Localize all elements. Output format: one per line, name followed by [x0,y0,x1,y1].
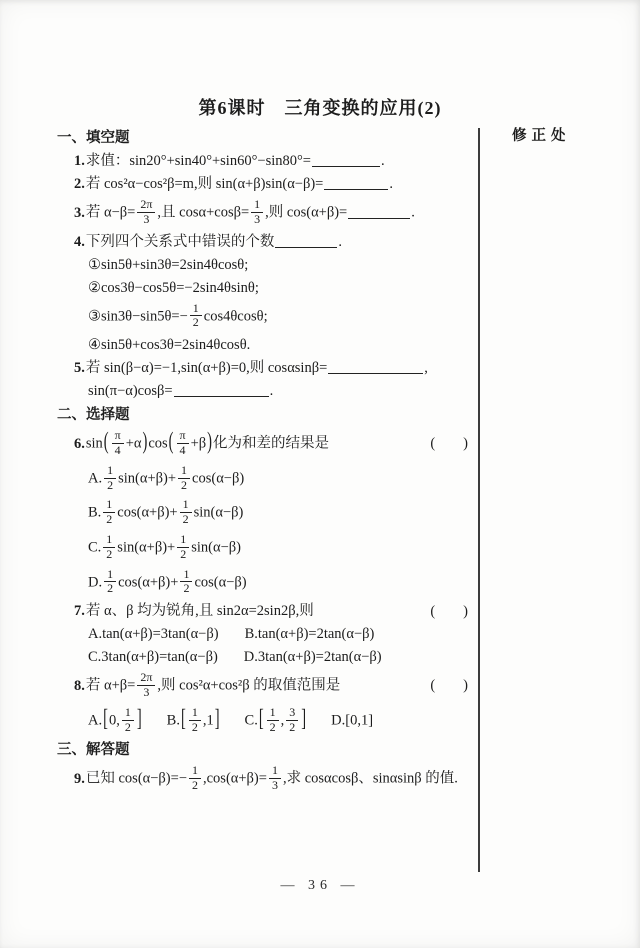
section-heading: 一、填空题 [57,126,470,150]
fraction-denominator: 2 [122,721,134,735]
fraction-numerator: 1 [267,706,279,721]
fraction-denominator: 2 [178,479,190,493]
stretch-bracket: ( [104,420,109,466]
fraction: 12 [104,464,116,493]
fraction-numerator: 1 [180,568,192,583]
answer-paren: () [430,673,468,700]
question-number: 7. [74,603,85,619]
fraction: 12 [103,533,115,562]
stretch-bracket: ( [169,420,174,466]
fraction-numerator: 1 [189,706,201,721]
question: 5.若 sin(β−α)=−1,sin(α+β)=0,则 cosαsinβ=,s… [74,357,470,403]
question-line: 6.sin(π4+α)cos(π4+β)化为和差的结果是() [74,427,470,462]
fraction-denominator: 2 [189,779,201,793]
fraction-denominator: 2 [180,582,192,596]
fraction-numerator: 3 [286,706,298,721]
stretch-bracket: ) [207,420,212,466]
fraction: 13 [269,764,281,793]
fraction-denominator: 3 [137,213,155,227]
question: 6.sin(π4+α)cos(π4+β)化为和差的结果是()A.12sin(α+… [74,427,470,600]
question-line: 5.若 sin(β−α)=−1,sin(α+β)=0,则 cosαsinβ=, [74,357,470,380]
stretch-bracket: [ [181,696,186,742]
fraction-numerator: 1 [251,198,263,213]
question: 9.已知 cos(α−β)=−12,cos(α+β)=13,求 cosαcosβ… [74,762,470,797]
fraction: 12 [190,302,202,331]
answer-blank [324,175,388,190]
fraction-denominator: 2 [103,548,115,562]
answer-paren: () [430,600,468,623]
fraction-denominator: 3 [251,213,263,227]
question: 7.若 α、β 均为锐角,且 sin2α=2sin2β,则()A.tan(α+β… [74,600,470,669]
choice-option-line: C.12sin(α+β)+12sin(α−β) [88,531,470,566]
question-line: 9.已知 cos(α−β)=−12,cos(α+β)=13,求 cosαcosβ… [74,762,470,797]
fraction-numerator: 1 [104,568,116,583]
answer-paren-open: ( [430,436,435,452]
question-line: ①sin5θ+sin3θ=2sin4θcosθ; [88,254,470,277]
fraction-denominator: 2 [180,513,192,527]
fraction-numerator: 1 [122,706,134,721]
fraction: 12 [122,706,134,735]
answer-blank [275,233,337,248]
fraction-denominator: 2 [286,721,298,735]
question-line: 2.若 cos²α−cos²β=m,则 sin(α+β)sin(α−β)=. [74,173,470,196]
choice-option-line: A.tan(α+β)=3tan(α−β)B.tan(α+β)=2tan(α−β) [88,623,470,646]
fraction-numerator: 1 [189,764,201,779]
choice-option-line: A.12sin(α+β)+12cos(α−β) [88,462,470,497]
fraction-numerator: π [177,429,189,444]
question: 1.求值：sin20°+sin40°+sin60°−sin80°=. [74,150,470,173]
question-number: 3. [74,205,85,221]
worksheet-page: 第6课时 三角变换的应用(2) 修正处 一、填空题1.求值：sin20°+sin… [0,0,640,948]
stretch-bracket: [ [103,696,108,742]
fraction: 2π3 [137,198,155,227]
answer-paren-open: ( [430,603,435,619]
question: 4.下列四个关系式中错误的个数.①sin5θ+sin3θ=2sin4θcosθ;… [74,231,470,358]
fraction: 12 [267,706,279,735]
margin-divider-line [478,128,480,872]
fraction: π4 [112,429,124,458]
question-line: ②cos3θ−cos5θ=−2sin4θsinθ; [88,277,470,300]
question-line: ④sin5θ+cos3θ=2sin4θcosθ. [88,334,470,357]
fraction-denominator: 2 [177,548,189,562]
fraction-denominator: 3 [269,779,281,793]
fraction: 2π3 [137,671,155,700]
fraction-numerator: 1 [103,498,115,513]
stretch-bracket: ] [215,696,220,742]
question: 3.若 α−β=2π3,且 cosα+cosβ=13,则 cos(α+β)=. [74,196,470,231]
stretch-bracket: ] [137,696,142,742]
fraction-numerator: 1 [104,464,116,479]
page-number: — 36 — [0,878,640,894]
question: 2.若 cos²α−cos²β=m,则 sin(α+β)sin(α−β)=. [74,173,470,196]
fraction: 12 [180,568,192,597]
fraction-numerator: 2π [137,198,155,213]
fraction-denominator: 2 [104,582,116,596]
fraction: 12 [104,568,116,597]
fraction-numerator: 1 [178,464,190,479]
fraction-numerator: 2π [137,671,155,686]
question-line: 1.求值：sin20°+sin40°+sin60°−sin80°=. [74,150,470,173]
question-line: 8.若 α+β=2π3,则 cos²α+cos²β 的取值范围是() [74,669,470,704]
answer-blank [348,204,410,219]
fraction-numerator: 1 [103,533,115,548]
question-number: 8. [74,678,85,694]
fraction-denominator: 2 [267,721,279,735]
fraction-denominator: 2 [103,513,115,527]
fraction-denominator: 4 [177,444,189,458]
question-line: 3.若 α−β=2π3,且 cosα+cosβ=13,则 cos(α+β)=. [74,196,470,231]
fraction: 12 [177,533,189,562]
fraction: 12 [189,764,201,793]
question-line: ③sin3θ−sin5θ=−12cos4θcosθ; [88,300,470,335]
answer-paren: () [430,431,468,458]
fraction: 12 [178,464,190,493]
question: 8.若 α+β=2π3,则 cos²α+cos²β 的取值范围是()A.[0,1… [74,669,470,738]
fraction-numerator: 1 [177,533,189,548]
fraction: 32 [286,706,298,735]
answer-paren-open: ( [430,678,435,694]
fraction-numerator: 1 [190,302,202,317]
stretch-bracket: [ [259,696,264,742]
choice-option-line: D.12cos(α+β)+12cos(α−β) [88,566,470,601]
choice-option-line: A.[0,12]B.[12,1]C.[12,32]D.[0,1] [88,704,470,739]
answer-paren-close: ) [463,603,468,619]
answer-blank [328,359,423,374]
fraction-denominator: 4 [112,444,124,458]
question-number: 6. [74,436,85,452]
fraction: π4 [177,429,189,458]
fraction-numerator: π [112,429,124,444]
fraction-denominator: 2 [190,316,202,330]
answer-paren-close: ) [463,436,468,452]
answer-blank [174,382,269,397]
stretch-bracket: ) [142,420,147,466]
answer-paren-close: ) [463,678,468,694]
question-line: sin(π−α)cosβ=. [88,380,470,403]
fraction: 13 [251,198,263,227]
fraction-denominator: 2 [189,721,201,735]
question-number: 2. [74,176,85,192]
fraction: 12 [103,498,115,527]
fraction-numerator: 1 [180,498,192,513]
section-heading: 二、选择题 [57,403,470,427]
answer-blank [312,152,380,167]
fraction-numerator: 1 [269,764,281,779]
fraction: 12 [189,706,201,735]
questions-area: 一、填空题1.求值：sin20°+sin40°+sin60°−sin80°=.2… [57,126,470,797]
question-number: 9. [74,771,85,787]
choice-option-line: B.12cos(α+β)+12sin(α−β) [88,496,470,531]
fraction-denominator: 2 [104,479,116,493]
question-line: 7.若 α、β 均为锐角,且 sin2α=2sin2β,则() [74,600,470,623]
question-number: 5. [74,360,85,376]
question-line: 4.下列四个关系式中错误的个数. [74,231,470,254]
choice-option-line: C.3tan(α+β)=tan(α−β)D.3tan(α+β)=2tan(α−β… [88,646,470,669]
page-title: 第6课时 三角变换的应用(2) [0,94,640,120]
question-number: 4. [74,234,85,250]
fraction: 12 [180,498,192,527]
stretch-bracket: ] [301,696,306,742]
correction-area-label: 修正处 [512,124,571,145]
question-number: 1. [74,153,85,169]
